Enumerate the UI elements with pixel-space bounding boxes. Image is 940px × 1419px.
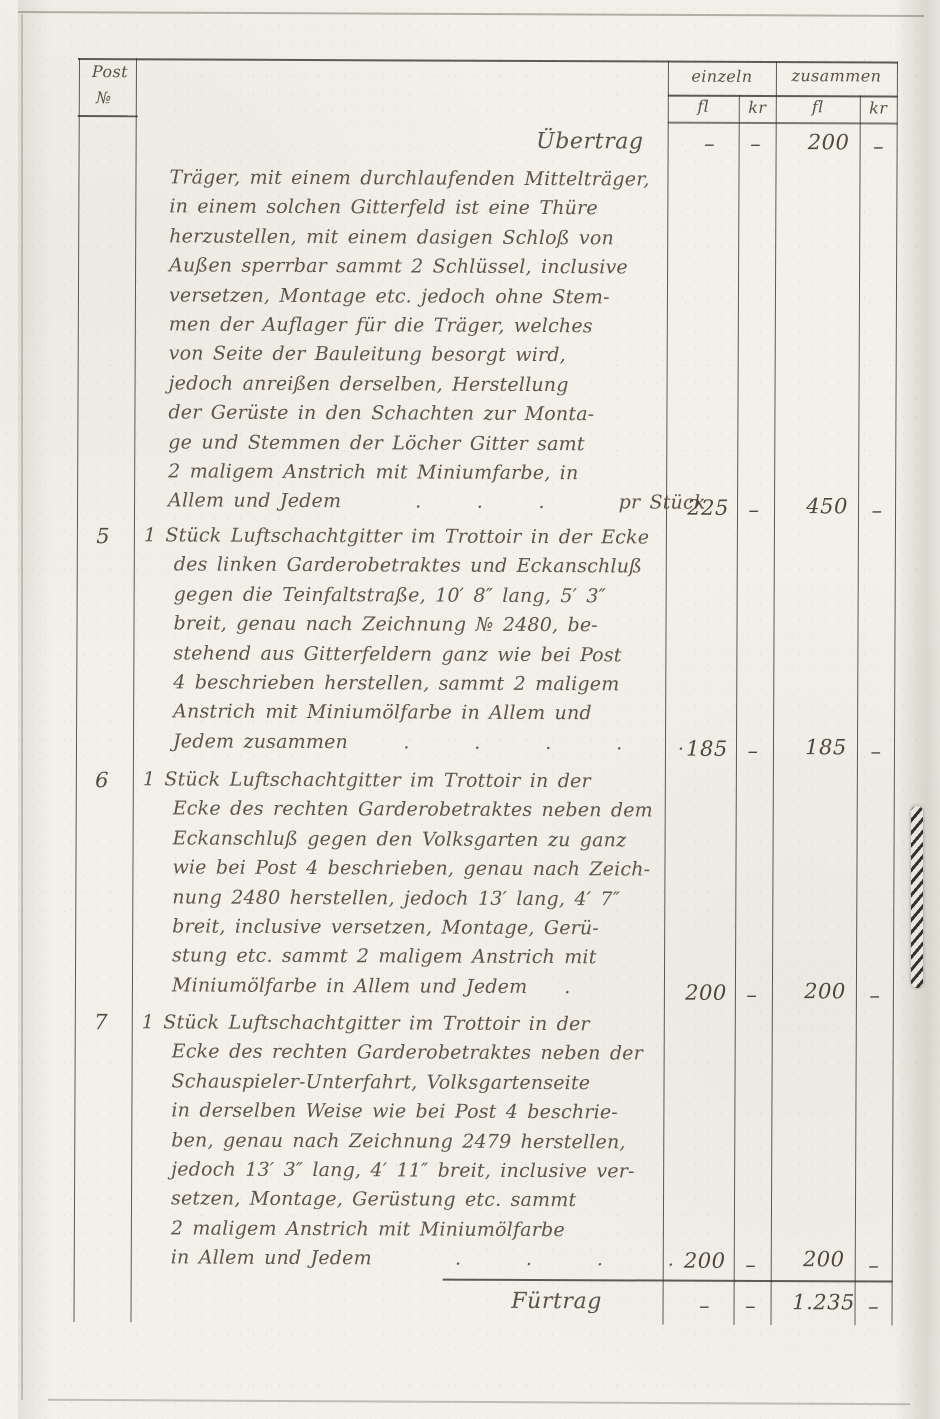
manuscript-line: Schauspieler-Unterfahrt, Volksgartenseit… bbox=[141, 1067, 667, 1099]
manuscript-block-post7: 1 Stück Luftschachtgitter im Trottoir in… bbox=[141, 1008, 668, 1275]
ledger-table: Post № einzeln zusammen fl kr fl kr Über… bbox=[0, 0, 940, 1419]
post7-einzeln-fl: 200 bbox=[669, 1248, 741, 1274]
manuscript-line: Außen sperrbar sammt 2 Schlüssel, inclus… bbox=[169, 252, 679, 284]
table-left-rule bbox=[73, 58, 80, 1322]
header-zusammen-kr: kr bbox=[860, 98, 897, 117]
manuscript-line: herzustellen, mit einem dasigen Schloß v… bbox=[169, 222, 679, 254]
manuscript-line: Ecke des rechten Garderobetraktes neben … bbox=[143, 795, 669, 827]
header-post: Post bbox=[84, 62, 136, 81]
manuscript-line: 4 beschrieben herstellen, sammt 2 malige… bbox=[143, 668, 669, 700]
manuscript-line: ge und Stemmen der Löcher Gitter samt bbox=[168, 428, 678, 460]
post6-zusammen-kr: – bbox=[857, 982, 893, 1008]
post4-zusammen-kr: – bbox=[859, 497, 895, 523]
manuscript-line: stung etc. sammt 2 maligem Anstrich mit bbox=[142, 942, 668, 974]
manuscript-block-post5: 1 Stück Luftschachtgitter im Trottoir in… bbox=[143, 521, 670, 759]
manuscript-line: Träger, mit einem durchlaufenden Mittelt… bbox=[169, 163, 679, 195]
manuscript-line: jedoch 13′ 3″ lang, 4′ 11″ breit, inclus… bbox=[141, 1155, 667, 1187]
item-number-7: 7 bbox=[82, 1010, 120, 1034]
zusammen-flkr-rule bbox=[854, 95, 861, 1325]
manuscript-line: Miniumölfarbe in Allem und Jedem . bbox=[142, 971, 668, 1003]
manuscript-line: des linken Garderobetraktes und Eckansch… bbox=[144, 551, 670, 583]
manuscript-block-post6: 1 Stück Luftschachtgitter im Trottoir in… bbox=[142, 765, 669, 1003]
manuscript-line: in derselben Weise wie bei Post 4 beschr… bbox=[141, 1096, 667, 1128]
postno-header-rule bbox=[78, 115, 138, 117]
manuscript-line: men der Auflager für die Träger, welches bbox=[169, 310, 679, 342]
manuscript-line: ben, genau nach Zeichnung 2479 herstelle… bbox=[141, 1126, 667, 1158]
header-zusammen-fl: fl bbox=[776, 97, 860, 116]
post4-einzeln-fl: 225 bbox=[672, 495, 744, 521]
post5-einzeln-fl: 185 bbox=[671, 736, 743, 762]
header-no: № bbox=[82, 88, 126, 107]
header-einzeln-kr: kr bbox=[739, 98, 776, 117]
header-zusammen: zusammen bbox=[776, 66, 897, 86]
uebertrag-einzeln-fl: – bbox=[674, 131, 746, 157]
manuscript-line: setzen, Montage, Gerüstung etc. sammt bbox=[141, 1185, 667, 1217]
manuscript-line: Ecke des rechten Garderobetraktes neben … bbox=[142, 1038, 668, 1070]
post7-zusammen-kr: – bbox=[856, 1252, 892, 1278]
zusammen-column-rule bbox=[770, 61, 777, 1325]
manuscript-line: 2 maligem Anstrich mit Miniumfarbe, in bbox=[168, 457, 678, 489]
manuscript-line: 1 Stück Luftschachtgitter im Trottoir in… bbox=[142, 1008, 668, 1040]
post5-einzeln-kr: – bbox=[736, 738, 770, 764]
post7-einzeln-kr: – bbox=[734, 1252, 768, 1278]
sum-rule-above-fuertrag bbox=[443, 1279, 893, 1283]
manuscript-line: Eckanschluß gegen den Volksgarten zu gan… bbox=[143, 824, 669, 856]
ledger-scan-page: Post № einzeln zusammen fl kr fl kr Über… bbox=[0, 0, 940, 1419]
manuscript-line: 2 maligem Anstrich mit Miniumölfarbe bbox=[141, 1214, 667, 1246]
manuscript-line: 1 Stück Luftschachtgitter im Trottoir in… bbox=[143, 765, 669, 797]
manuscript-line: in einem solchen Gitterfeld ist eine Thü… bbox=[169, 193, 679, 225]
fuertrag-einzeln-fl: – bbox=[669, 1293, 741, 1319]
manuscript-line: 1 Stück Luftschachtgitter im Trottoir in… bbox=[144, 521, 670, 553]
manuscript-line: versetzen, Montage etc. jedoch ohne Stem… bbox=[169, 281, 679, 313]
post6-einzeln-kr: – bbox=[735, 982, 769, 1008]
item-number-5: 5 bbox=[84, 524, 122, 548]
post5-zusammen-kr: – bbox=[858, 738, 894, 764]
fuertrag-zusammen-kr: – bbox=[856, 1293, 892, 1319]
manuscript-block-post4: Träger, mit einem durchlaufenden Mittelt… bbox=[168, 163, 680, 518]
einzeln-flkr-rule bbox=[733, 95, 740, 1325]
post6-einzeln-fl: 200 bbox=[670, 980, 742, 1006]
manuscript-line: in Allem und Jedem . . . . bbox=[141, 1244, 667, 1276]
manuscript-line: der Gerüste in den Schachten zur Monta- bbox=[168, 399, 678, 431]
item-number-6: 6 bbox=[83, 768, 121, 792]
manuscript-line: von Seite der Bauleitung besorgt wird, bbox=[169, 340, 679, 372]
manuscript-line: Allem und Jedem . . . pr Stück bbox=[168, 487, 678, 519]
manuscript-line: wie bei Post 4 beschrieben, genau nach Z… bbox=[142, 853, 668, 885]
fuertrag-label: Fürtrag bbox=[487, 1289, 627, 1315]
manuscript-line: stehend aus Gitterfeldern ganz wie bei P… bbox=[143, 639, 669, 671]
fuertrag-einzeln-kr: – bbox=[734, 1293, 768, 1319]
manuscript-line: breit, genau nach Zeichnung № 2480, be- bbox=[143, 610, 669, 642]
manuscript-line: nung 2480 herstellen, jedoch 13′ lang, 4… bbox=[142, 883, 668, 915]
uebertrag-einzeln-kr: – bbox=[739, 131, 773, 157]
post4-einzeln-kr: – bbox=[737, 497, 771, 523]
header-einzeln-fl: fl bbox=[668, 97, 739, 116]
header-einzeln: einzeln bbox=[668, 67, 776, 86]
flkr-header-rule bbox=[668, 122, 898, 125]
manuscript-line: Anstrich mit Miniumölfarbe in Allem und bbox=[143, 698, 669, 730]
manuscript-line: breit, inclusive versetzen, Montage, Ger… bbox=[142, 912, 668, 944]
uebertrag-label: Übertrag bbox=[428, 129, 644, 155]
postno-column-rule bbox=[130, 58, 137, 1322]
table-right-rule bbox=[891, 62, 898, 1326]
manuscript-line: gegen die Teinfaltstraße, 10′ 8″ lang, 5… bbox=[144, 580, 670, 612]
uebertrag-zusammen-kr: – bbox=[861, 133, 897, 159]
manuscript-line: Jedem zusammen . . . . . bbox=[143, 727, 669, 759]
manuscript-line: jedoch anreißen derselben, Herstellung bbox=[169, 369, 679, 401]
